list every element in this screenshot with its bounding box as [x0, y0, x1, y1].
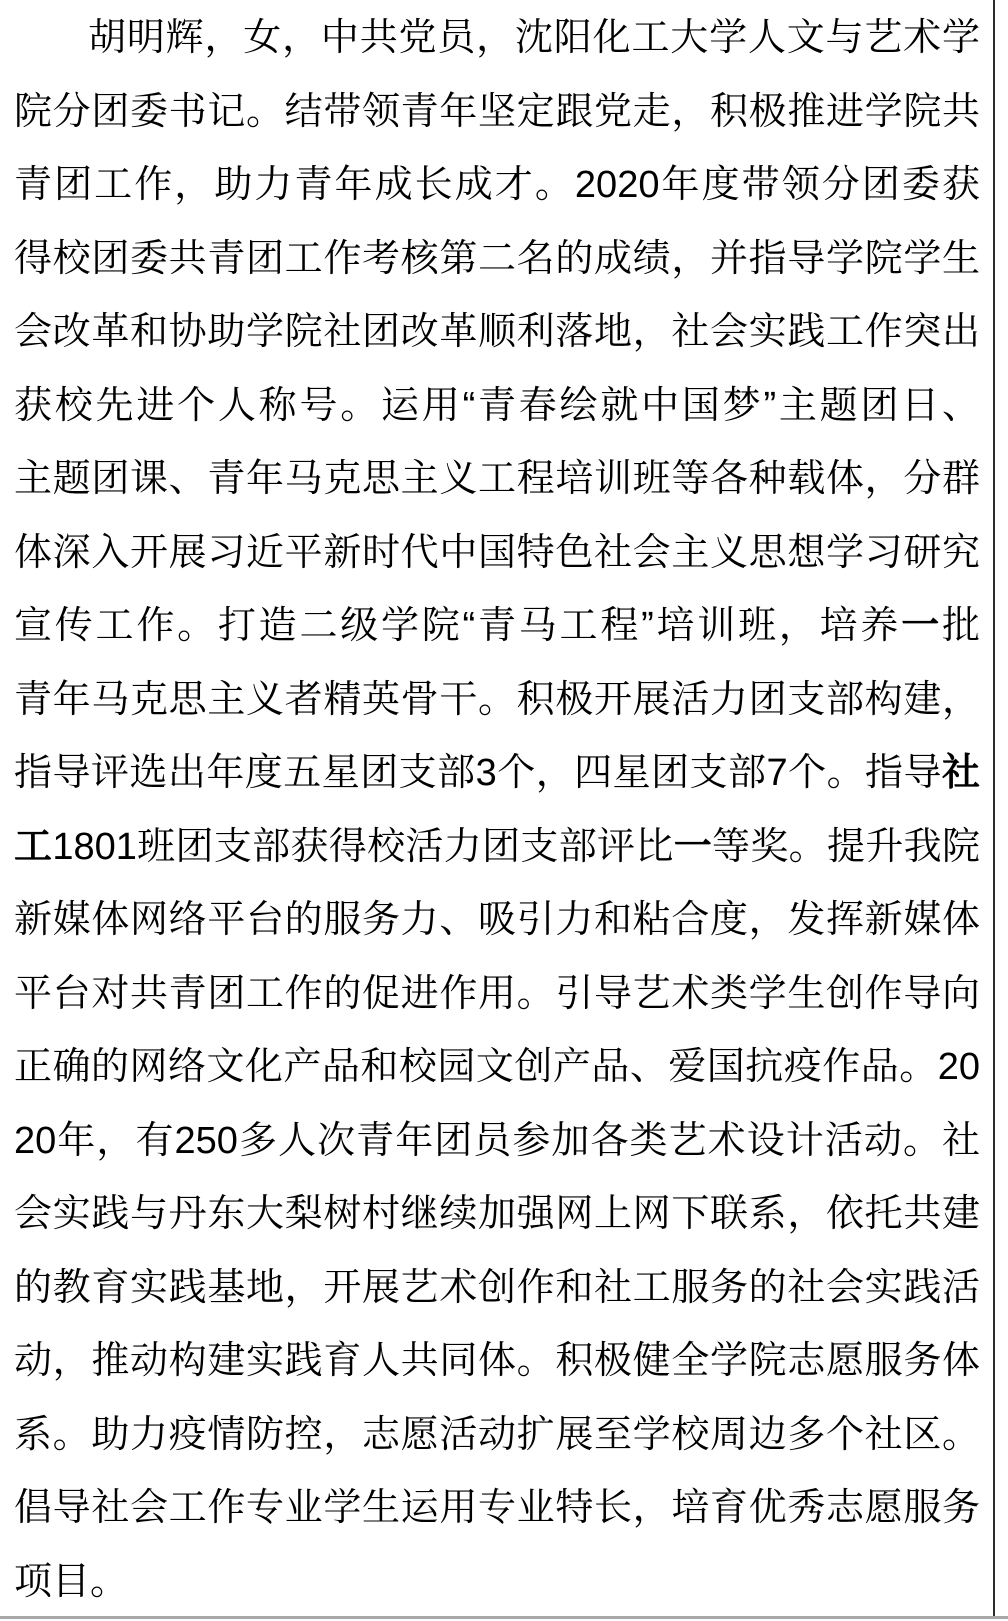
- text-line: 会实践与丹东大梨树村继续加强网上网下联系，依托共建: [14, 1178, 980, 1252]
- text-segment: 的教育实践基地，开展艺术创作和社工服务的社会实践活: [14, 1267, 980, 1309]
- text-segment: 批: [942, 605, 980, 647]
- bold-text-segment: 一: [901, 605, 942, 647]
- text-segment: 青年马克思主义者精英骨干。积极开展活力团支部构建，: [14, 679, 980, 721]
- text-line: 获校先进个人称号。运用“青春绘就中国梦”主题团日、: [14, 370, 980, 444]
- text-segment: 体深入开展习近平新时代中国特色社会主义思想学习研究: [14, 532, 980, 574]
- text-line: 主题团课、青年马克思主义工程培训班等各种载体，分群: [14, 443, 980, 517]
- text-line: 的教育实践基地，开展艺术创作和社工服务的社会实践活: [14, 1252, 980, 1326]
- text-segment: 会实践与丹东大梨树村继续加强网上网下联系，依托共建: [14, 1193, 980, 1235]
- text-segment: 主题团课、青年马克思主义工程培训班等各种载体，分群: [14, 458, 980, 500]
- text-line: 指导评选出年度五星团支部3个，四星团支部7个。指导社: [14, 737, 980, 811]
- text-segment: 平台对共青团工作的促进作用。引导艺术类学生创作导向: [14, 973, 980, 1015]
- text-line: 20年，有250多人次青年团员参加各类艺术设计活动。社: [14, 1105, 980, 1179]
- bold-text-segment: 工: [14, 826, 52, 868]
- text-segment: 系。助力疫情防控，志愿活动扩展至学校周边多个社区。: [14, 1414, 980, 1456]
- text-line: 系。助力疫情防控，志愿活动扩展至学校周边多个社区。: [14, 1399, 980, 1473]
- text-line: 得校团委共青团工作考核第二名的成绩，并指导学院学生: [14, 223, 980, 297]
- text-line: 胡明辉，女，中共党员，沈阳化工大学人文与艺术学: [14, 2, 980, 76]
- text-line: 会改革和协助学院社团改革顺利落地，社会实践工作突出: [14, 296, 980, 370]
- bottom-divider-line: [0, 1616, 1008, 1619]
- text-line: 新媒体网络平台的服务力、吸引力和粘合度，发挥新媒体: [14, 884, 980, 958]
- text-segment: 动，推动构建实践育人共同体。积极健全学院志愿服务体: [14, 1340, 980, 1382]
- bold-text-segment: 社: [942, 752, 980, 794]
- text-line: 正确的网络文化产品和校园文创产品、爱国抗疫作品。20: [14, 1031, 980, 1105]
- text-segment: 指导评选出年度五星团支部3个，四星团支部7个。指导: [14, 752, 942, 794]
- text-segment: 得校团委共青团工作考核第二名的成绩，并指导学院学生: [14, 238, 980, 280]
- text-line: 青年马克思主义者精英骨干。积极开展活力团支部构建，: [14, 664, 980, 738]
- text-segment: 新媒体网络平台的服务力、吸引力和粘合度，发挥新媒体: [14, 899, 980, 941]
- text-segment: 等奖。提升我院: [712, 826, 980, 868]
- bold-text-segment: 一: [674, 826, 712, 868]
- text-segment: 1801班团支部获得校活力团支部评比: [52, 826, 673, 868]
- right-border-line: [993, 0, 995, 1616]
- text-line: 体深入开展习近平新时代中国特色社会主义思想学习研究: [14, 517, 980, 591]
- text-segment: 倡导社会工作专业学生运用专业特长，培育优秀志愿服务: [14, 1487, 980, 1529]
- text-segment: 胡明辉，女，中共党员，沈阳化工大学人文与艺术学: [88, 17, 980, 59]
- text-segment: 项目。: [14, 1561, 128, 1603]
- text-segment: 青团工作，助力青年成长成才。2020年度带领分团委获: [14, 164, 980, 206]
- text-segment: 会改革和协助学院社团改革顺利落地，社会实践工作突出: [14, 311, 980, 353]
- text-line: 青团工作，助力青年成长成才。2020年度带领分团委获: [14, 149, 980, 223]
- text-line: 动，推动构建实践育人共同体。积极健全学院志愿服务体: [14, 1325, 980, 1399]
- text-segment: 20年，有250多人次青年团员参加各类艺术设计活动。社: [14, 1120, 980, 1162]
- text-segment: 院分团委书记。结带领青年坚定跟党走，积极推进学院共: [14, 91, 980, 133]
- text-segment: 正确的网络文化产品和校园文创产品、爱国抗疫作品。20: [14, 1046, 980, 1088]
- article-text: 胡明辉，女，中共党员，沈阳化工大学人文与艺术学院分团委书记。结带领青年坚定跟党走…: [14, 2, 980, 1619]
- text-line: 倡导社会工作专业学生运用专业特长，培育优秀志愿服务: [14, 1472, 980, 1546]
- text-segment: 获校先进个人称号。运用“青春绘就中国梦”主题团日、: [14, 385, 980, 427]
- text-line: 宣传工作。打造二级学院“青马工程”培训班，培养一批: [14, 590, 980, 664]
- document-page: 胡明辉，女，中共党员，沈阳化工大学人文与艺术学院分团委书记。结带领青年坚定跟党走…: [0, 0, 1008, 1621]
- text-line: 院分团委书记。结带领青年坚定跟党走，积极推进学院共: [14, 76, 980, 150]
- text-segment: 宣传工作。打造二级学院“青马工程”培训班，培养: [14, 605, 901, 647]
- text-line: 项目。: [14, 1546, 980, 1620]
- text-line: 平台对共青团工作的促进作用。引导艺术类学生创作导向: [14, 958, 980, 1032]
- text-line: 工1801班团支部获得校活力团支部评比一等奖。提升我院: [14, 811, 980, 885]
